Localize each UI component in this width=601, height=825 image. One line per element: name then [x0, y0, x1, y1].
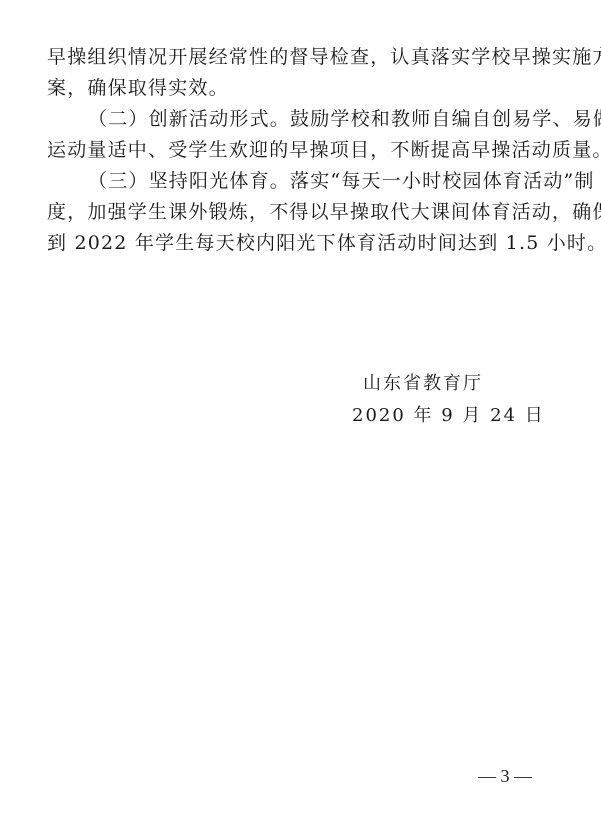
paragraph-line: 早操组织情况开展经常性的督导检查，认真落实学校早操实施方: [47, 45, 559, 69]
paragraph-line: 度，加强学生课外锻炼，不得以早操取代大课间体育活动，确保: [47, 200, 559, 224]
section-three-heading-line: （三）坚持阳光体育。落实“每天一小时校园体育活动”制: [88, 169, 559, 193]
paragraph-line: 案，确保取得实效。: [47, 76, 559, 100]
paragraph-line: 运动量适中、受学生欢迎的早操项目，不断提高早操活动质量。: [47, 138, 559, 162]
paragraph-line: 到 2022 年学生每天校内阳光下体育活动时间达到 1.5 小时。: [47, 231, 559, 255]
page-number: — 3 —: [478, 766, 532, 787]
signature-organization: 山东省教育厅: [363, 372, 483, 396]
section-two-heading-line: （二）创新活动形式。鼓励学校和教师自编自创易学、易做、: [88, 107, 559, 131]
document-page: 早操组织情况开展经常性的督导检查，认真落实学校早操实施方 案，确保取得实效。 （…: [0, 0, 601, 825]
signature-date: 2020 年 9 月 24 日: [352, 404, 545, 428]
